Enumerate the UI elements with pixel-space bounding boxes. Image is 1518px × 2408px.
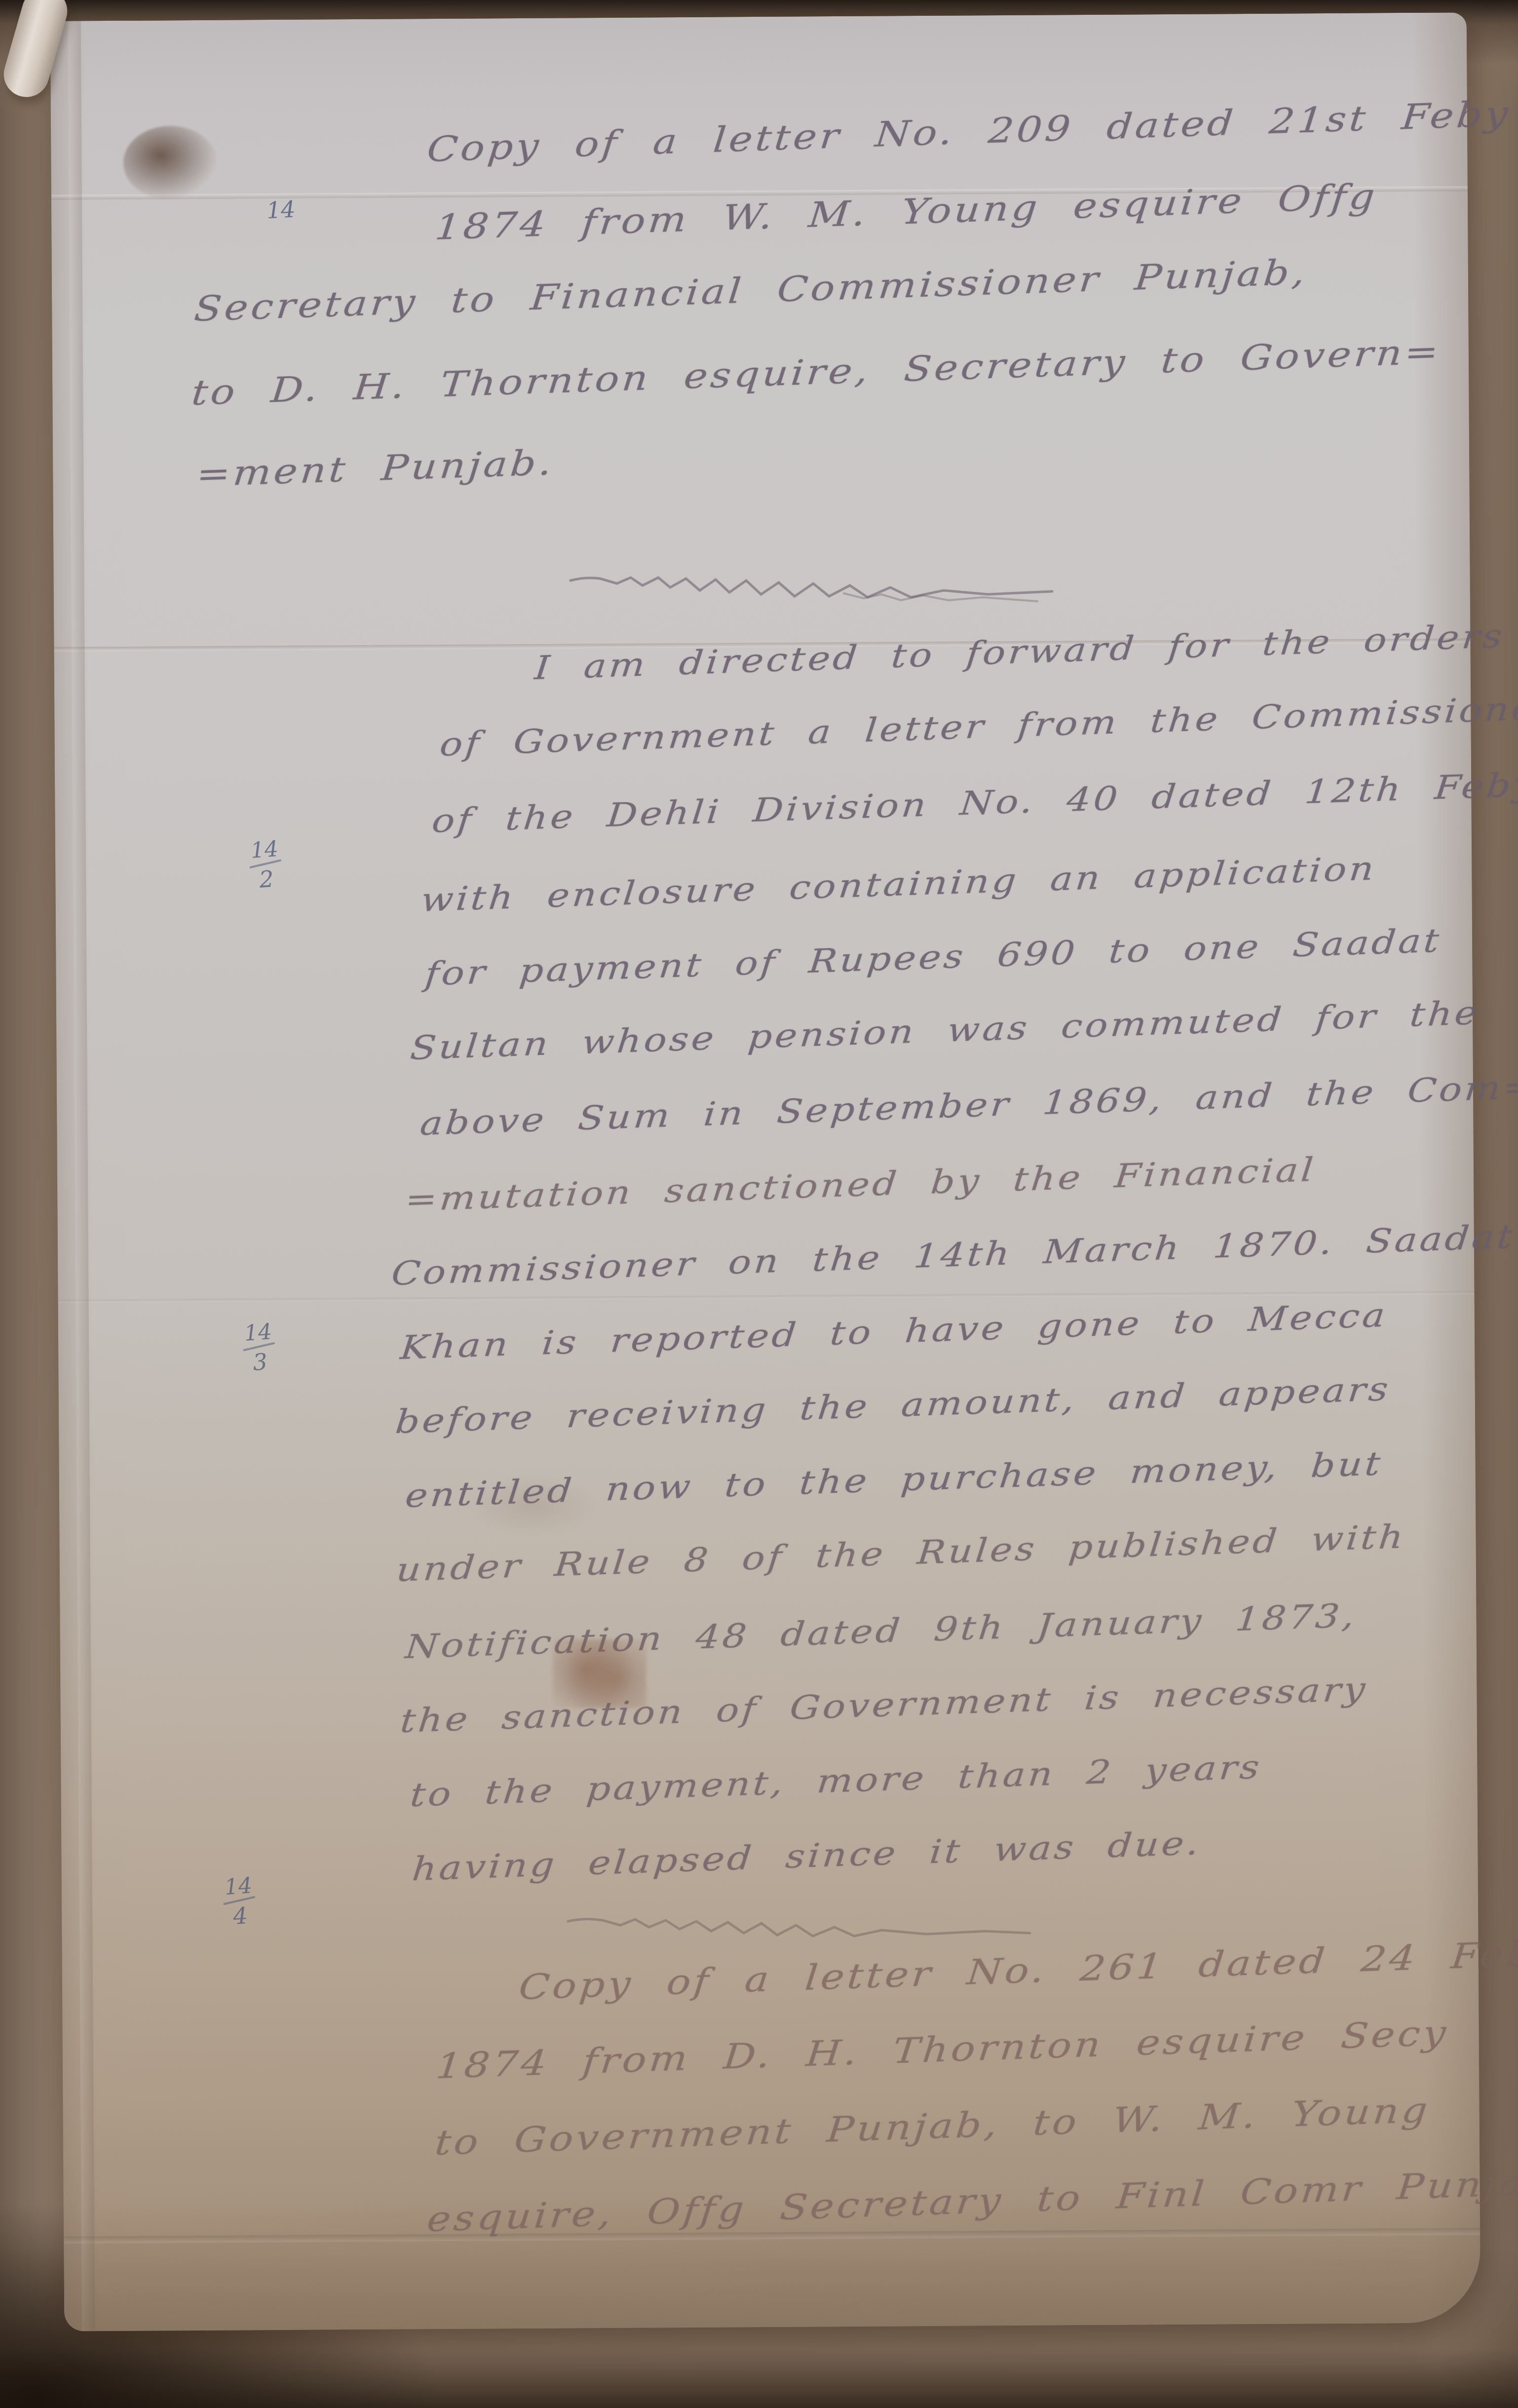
paper-smudge <box>469 1476 597 1535</box>
divider-squiggle <box>565 1909 1147 1944</box>
margin-mark-denominator: 2 <box>259 867 274 891</box>
margin-mark-14-4: 14 4 <box>221 1875 257 1928</box>
document-photo: 14 14 2 14 3 14 4 Copy of a letter No. 2… <box>0 0 1518 2408</box>
margin-mark-numerator: 14 <box>224 1875 253 1899</box>
margin-mark-numerator: 14 <box>250 838 279 862</box>
binding-hole-shadow <box>123 126 217 200</box>
divider-squiggle <box>568 568 1160 607</box>
margin-mark-denominator: 4 <box>232 1904 248 1928</box>
margin-mark-denominator: 3 <box>252 1350 268 1374</box>
page-number: 14 <box>266 196 296 224</box>
margin-mark-14-2: 14 2 <box>247 838 283 892</box>
margin-mark-numerator: 14 <box>243 1321 272 1345</box>
margin-mark-14-3: 14 3 <box>241 1321 277 1374</box>
ink-stain <box>553 1639 646 1708</box>
